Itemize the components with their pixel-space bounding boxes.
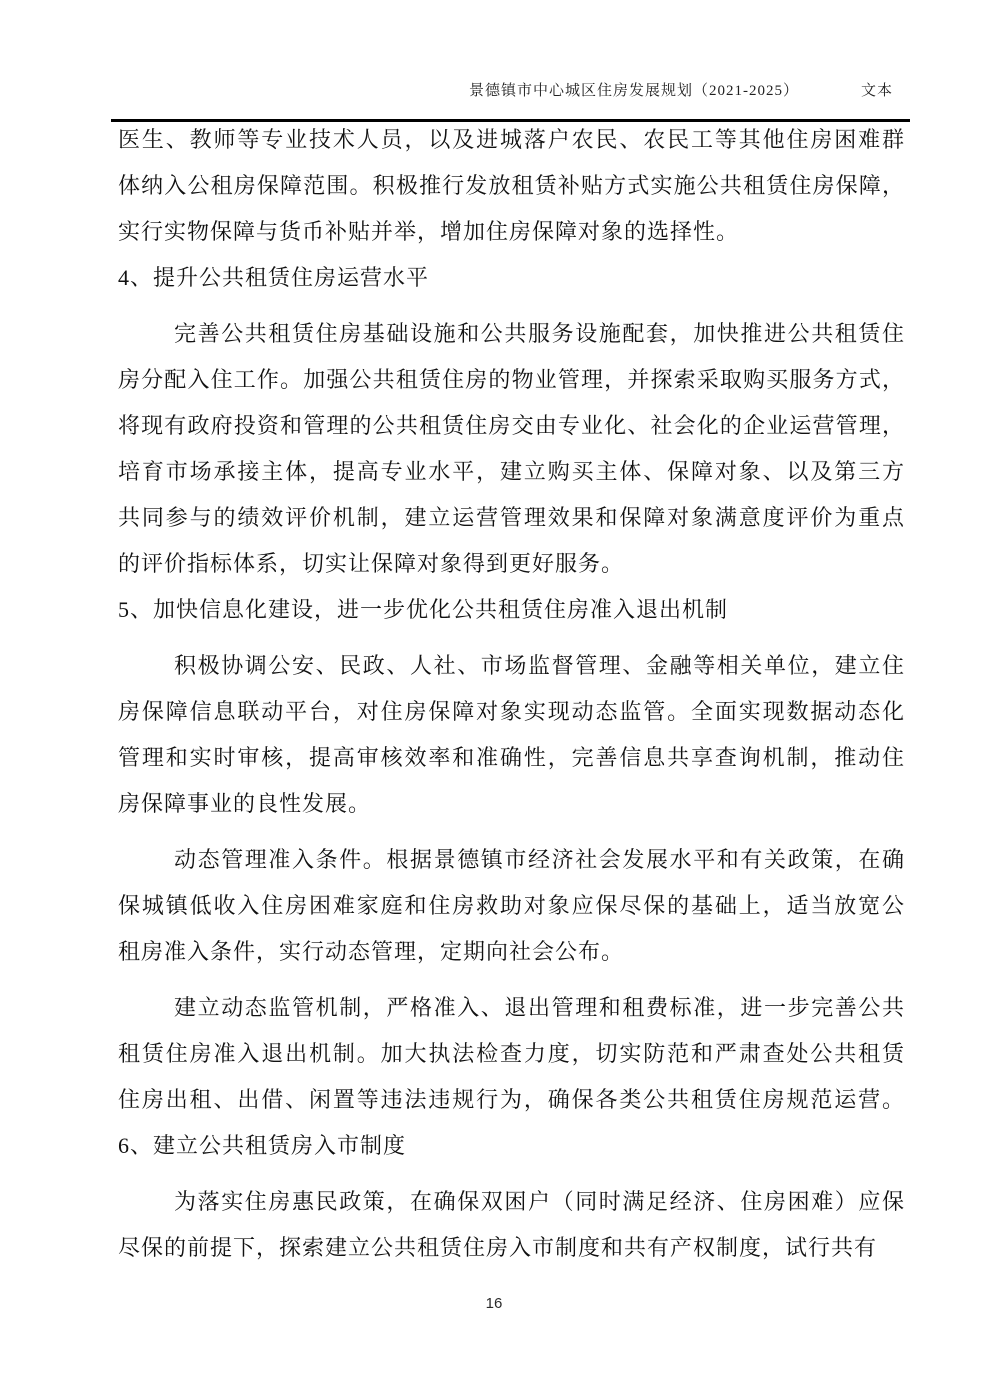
- text-line: 租房准入条件，实行动态管理，定期向社会公布。: [118, 929, 905, 975]
- document-page: 景德镇市中心城区住房发展规划（2021-2025） 文本 医生、教师等专业技术人…: [0, 0, 988, 1399]
- text-line: 的评价指标体系，切实让保障对象得到更好服务。: [118, 541, 905, 587]
- heading-line: 4、提升公共租赁住房运营水平: [118, 255, 905, 301]
- text-line: 实行实物保障与货币补贴并举，增加住房保障对象的选择性。: [118, 209, 905, 255]
- page-header: 景德镇市中心城区住房发展规划（2021-2025） 文本: [118, 80, 905, 102]
- text-line: 房保障信息联动平台，对住房保障对象实现动态监管。全面实现数据动态化: [118, 689, 905, 735]
- text-line: 租赁住房准入退出机制。加大执法检查力度，切实防范和严肃查处公共租赁: [118, 1031, 905, 1077]
- heading-line: 6、建立公共租赁房入市制度: [118, 1123, 905, 1169]
- text-line: 医生、教师等专业技术人员，以及进城落户农民、农民工等其他住房困难群: [118, 117, 905, 163]
- text-line: 体纳入公租房保障范围。积极推行发放租赁补贴方式实施公共租赁住房保障，: [118, 163, 905, 209]
- text-line: 共同参与的绩效评价机制，建立运营管理效果和保障对象满意度评价为重点: [118, 495, 905, 541]
- page-footer: 16: [0, 1293, 988, 1315]
- header-doc-label: 文本: [861, 80, 893, 102]
- text-line: 动态管理准入条件。根据景德镇市经济社会发展水平和有关政策，在确: [118, 837, 905, 883]
- text-line: 住房出租、出借、闲置等违法违规行为，确保各类公共租赁住房规范运营。: [118, 1077, 905, 1123]
- header-title: 景德镇市中心城区住房发展规划（2021-2025）: [469, 80, 799, 102]
- document-body: 医生、教师等专业技术人员，以及进城落户农民、农民工等其他住房困难群体纳入公租房保…: [118, 117, 905, 1271]
- text-line: 房分配入住工作。加强公共租赁住房的物业管理，并探索采取购买服务方式，: [118, 357, 905, 403]
- text-line: 积极协调公安、民政、人社、市场监督管理、金融等相关单位，建立住: [118, 643, 905, 689]
- text-line: 房保障事业的良性发展。: [118, 781, 905, 827]
- text-line: 保城镇低收入住房困难家庭和住房救助对象应保尽保的基础上，适当放宽公: [118, 883, 905, 929]
- heading-line: 5、加快信息化建设，进一步优化公共租赁住房准入退出机制: [118, 587, 905, 633]
- text-line: 建立动态监管机制，严格准入、退出管理和租费标准，进一步完善公共: [118, 985, 905, 1031]
- text-line: 将现有政府投资和管理的公共租赁住房交由专业化、社会化的企业运营管理，: [118, 403, 905, 449]
- text-line: 尽保的前提下，探索建立公共租赁住房入市制度和共有产权制度，试行共有: [118, 1225, 905, 1271]
- text-line: 为落实住房惠民政策，在确保双困户（同时满足经济、住房困难）应保: [118, 1179, 905, 1225]
- text-line: 管理和实时审核，提高审核效率和准确性，完善信息共享查询机制，推动住: [118, 735, 905, 781]
- text-line: 完善公共租赁住房基础设施和公共服务设施配套，加快推进公共租赁住: [118, 311, 905, 357]
- text-line: 培育市场承接主体，提高专业水平，建立购买主体、保障对象、以及第三方: [118, 449, 905, 495]
- page-number: 16: [486, 1295, 503, 1312]
